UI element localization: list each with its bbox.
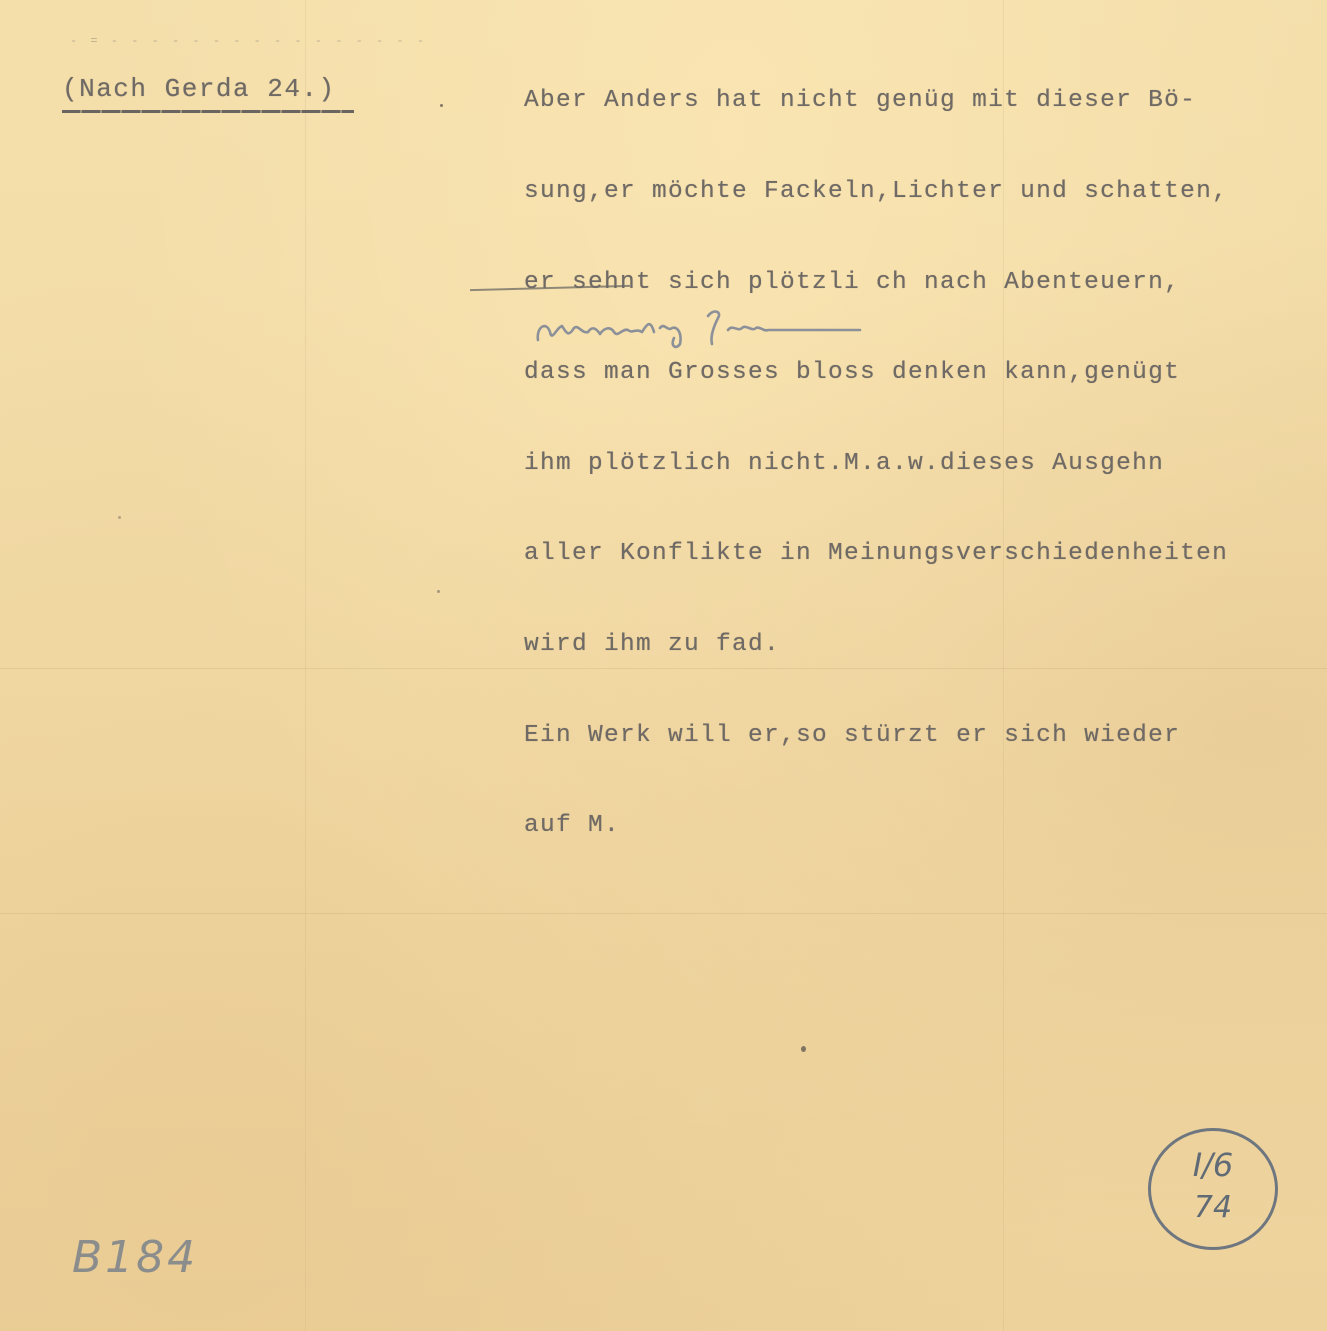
text-line: ihm plötzlich nicht.M.a.w.dieses Ausgehn bbox=[524, 449, 1228, 479]
handwritten-signature bbox=[532, 298, 862, 358]
stamp-folder-number: I/6 bbox=[1148, 1146, 1278, 1184]
text-line: dass man Grosses bloss denken kann,genüg… bbox=[524, 358, 1228, 388]
ink-speck bbox=[118, 516, 121, 519]
text-line: Ein Werk will er,so stürzt er sich wiede… bbox=[524, 721, 1228, 751]
ink-speck bbox=[440, 104, 443, 107]
text-line: aller Konflikte in Meinungsverschiedenhe… bbox=[524, 539, 1228, 569]
text-line: er sehnt sich plötzli ch nach Abenteuern… bbox=[524, 268, 1228, 298]
faint-offset-text: - = - - - - - - - - - - - - - - - - bbox=[70, 34, 427, 48]
text-line: Aber Anders hat nicht genüg mit dieser B… bbox=[524, 86, 1228, 116]
text-line: auf M. bbox=[524, 811, 1228, 841]
ink-speck bbox=[801, 1046, 806, 1052]
stamp-page-number: 74 bbox=[1148, 1190, 1278, 1225]
document-page: - = - - - - - - - - - - - - - - - - (Nac… bbox=[0, 0, 1327, 1331]
heading-underline bbox=[62, 110, 354, 113]
paper-fold-horizontal bbox=[0, 913, 1327, 914]
archive-stamp: I/6 74 bbox=[1148, 1128, 1278, 1250]
ink-speck bbox=[437, 590, 440, 593]
text-line: wird ihm zu fad. bbox=[524, 630, 1228, 660]
document-heading: (Nach Gerda 24.) bbox=[62, 74, 336, 104]
typewritten-body: Aber Anders hat nicht genüg mit dieser B… bbox=[524, 26, 1228, 902]
paper-fold-vertical bbox=[305, 0, 306, 1331]
text-line: sung,er möchte Fackeln,Lichter und schat… bbox=[524, 177, 1228, 207]
shelfmark: B184 bbox=[72, 1232, 198, 1283]
